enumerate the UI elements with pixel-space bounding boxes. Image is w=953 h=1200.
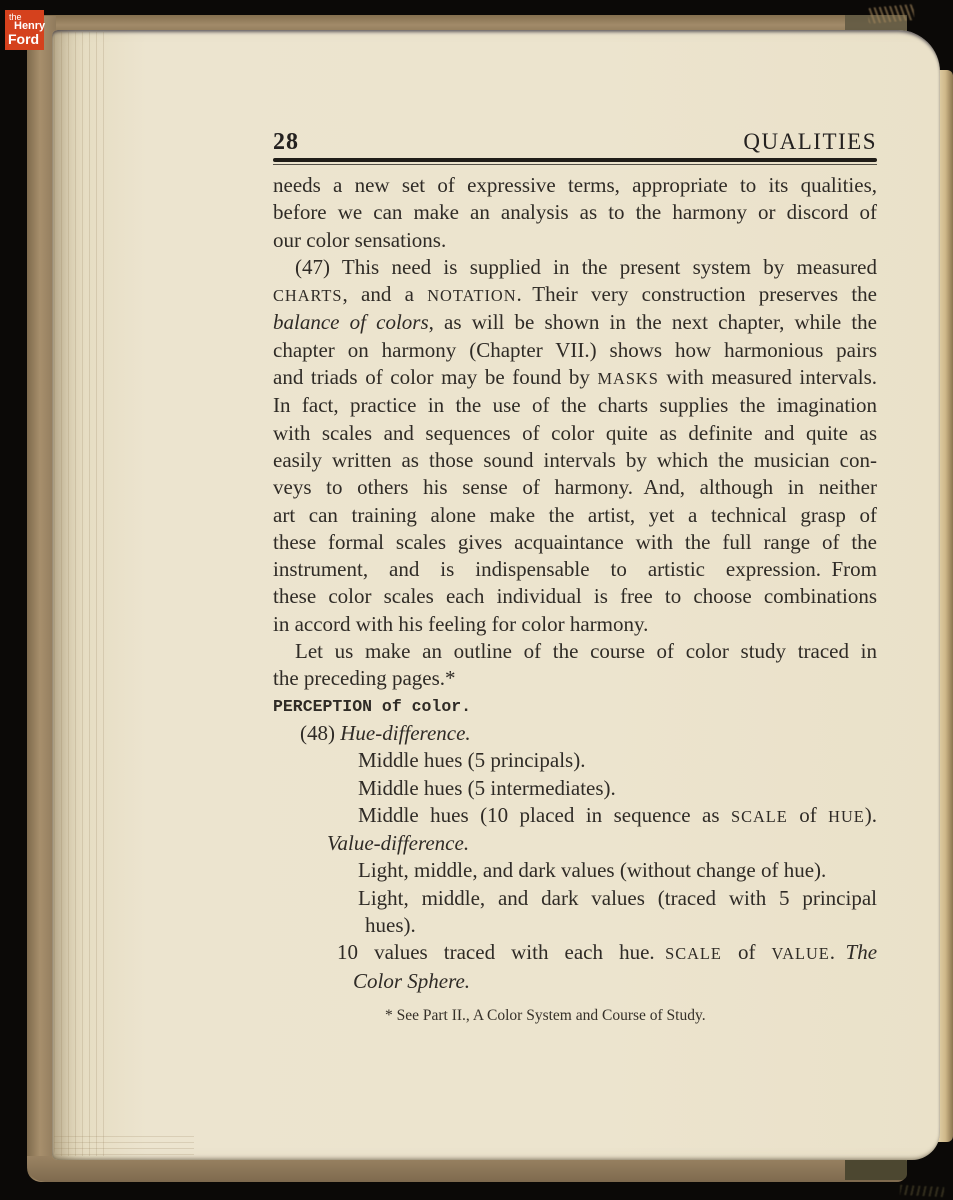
text-run: these formal scales gives acquaintance w… (273, 530, 877, 554)
text-line: and triads of color may be found by MASK… (273, 364, 877, 392)
small-caps-text: SCALE (665, 944, 722, 963)
cover-scuff-mark-bottom (900, 1185, 944, 1197)
page-header: 28 QUALITIES (273, 129, 877, 157)
text-run: Middle hues (5 intermediates). (358, 776, 616, 800)
italic-text: Hue-difference. (340, 721, 470, 745)
italic-text: The (846, 940, 878, 964)
italic-text: balance of colors (273, 310, 429, 334)
text-line: Light, middle, and dark values (without … (273, 857, 877, 884)
text-run: in accord with his feeling for color har… (273, 612, 648, 636)
body-text: needs a new set of expressive terms, app… (273, 172, 877, 1029)
text-run: Middle hues (5 principals). (358, 748, 585, 772)
text-run: of (788, 803, 828, 827)
text-line: these color scales each individual is fr… (273, 583, 877, 610)
text-run: (47) This need is supplied in the presen… (295, 255, 877, 279)
text-run: these color scales each individual is fr… (273, 584, 877, 608)
text-line: PERCEPTION of color. (273, 693, 877, 720)
text-line: (47) This need is supplied in the presen… (273, 254, 877, 281)
text-line: our color sensations. (273, 227, 877, 254)
italic-text: Color Sphere. (353, 969, 470, 993)
book-page: 28 QUALITIES needs a new set of expressi… (52, 30, 940, 1160)
text-run: Middle hues (10 placed in sequence as (358, 803, 731, 827)
text-run: Light, middle, and dark values (traced w… (358, 886, 877, 910)
text-line: needs a new set of expressive terms, app… (273, 172, 877, 199)
text-run: 10 values traced with each hue. (337, 940, 665, 964)
text-run: In fact, practice in the use of the char… (273, 393, 877, 417)
text-line: easily written as those sound intervals … (273, 447, 877, 474)
text-line: Light, middle, and dark values (traced w… (273, 885, 877, 912)
text-line: Value-difference. (273, 830, 877, 857)
text-run: veys to others his sense of harmony. And… (273, 475, 877, 499)
text-run: , and a (342, 282, 427, 306)
text-run: our color sensations. (273, 228, 446, 252)
text-line: the preceding pages.* (273, 665, 877, 692)
text-run: Light, middle, and dark values (without … (358, 858, 826, 882)
header-rule (273, 158, 877, 165)
text-run: hues). (365, 913, 416, 937)
text-line: Color Sphere. (273, 968, 877, 995)
page-number: 28 (273, 129, 299, 156)
small-caps-text: HUE (828, 807, 865, 826)
text-line: instrument, and is indispensable to arti… (273, 556, 877, 583)
text-run: before we can make an analysis as to the… (273, 200, 877, 224)
small-caps-text: NOTATION (427, 286, 516, 305)
text-line: before we can make an analysis as to the… (273, 199, 877, 226)
text-line: 10 values traced with each hue. SCALE of… (273, 939, 877, 967)
text-line: veys to others his sense of harmony. And… (273, 474, 877, 501)
cover-scuff-mark-top (867, 4, 914, 24)
text-line: (48) Hue-difference. (273, 720, 877, 747)
text-run: needs a new set of expressive terms, app… (273, 173, 877, 197)
text-line: CHARTS, and a NOTATION. Their very const… (273, 281, 877, 309)
text-run: with measured intervals. (659, 365, 877, 389)
text-line: hues). (273, 912, 877, 939)
text-line: these formal scales gives acquaintance w… (273, 529, 877, 556)
header-rule-thin (273, 164, 877, 165)
text-run: , as will be shown in the next chapter, … (429, 310, 877, 334)
text-run: . Their very construction preserves the (517, 282, 877, 306)
logo-word-ford: Ford (8, 32, 42, 46)
text-run: chapter on harmony (Chapter VII.) shows … (273, 338, 877, 362)
footnote: * See Part II., A Color System and Cours… (273, 1002, 877, 1029)
henry-ford-logo: the Henry Ford (5, 10, 44, 50)
text-line: chapter on harmony (Chapter VII.) shows … (273, 337, 877, 364)
text-line: In fact, practice in the use of the char… (273, 392, 877, 419)
text-lines: needs a new set of expressive terms, app… (273, 172, 877, 995)
header-rule-thick (273, 158, 877, 162)
text-line: art can training alone make the artist, … (273, 502, 877, 529)
text-run: the preceding pages.* (273, 666, 456, 690)
text-run: ). (865, 803, 877, 827)
text-run: (48) (300, 721, 340, 745)
text-line: Middle hues (5 intermediates). (273, 775, 877, 802)
small-caps-text: CHARTS (273, 286, 342, 305)
text-run: and triads of color may be found by (273, 365, 598, 389)
text-run: instrument, and is indispensable to arti… (273, 557, 877, 581)
small-caps-text: SCALE (731, 807, 788, 826)
text-line: in accord with his feeling for color har… (273, 611, 877, 638)
scanned-book-photo: 28 QUALITIES needs a new set of expressi… (0, 0, 953, 1200)
text-line: Let us make an outline of the course of … (273, 638, 877, 665)
text-run: art can training alone make the artist, … (273, 503, 877, 527)
text-run: Let us make an outline of the course of … (295, 639, 877, 663)
small-caps-text: MASKS (598, 369, 659, 388)
text-line: balance of colors, as will be shown in t… (273, 309, 877, 336)
text-run: of (722, 940, 772, 964)
text-line: with scales and sequences of color quite… (273, 420, 877, 447)
small-caps-text: VALUE (772, 944, 830, 963)
italic-text: Value-difference. (327, 831, 469, 855)
text-line: Middle hues (10 placed in sequence as SC… (273, 802, 877, 830)
running-title: QUALITIES (743, 129, 877, 155)
text-run: with scales and sequences of color quite… (273, 421, 877, 445)
text-line: Middle hues (5 principals). (273, 747, 877, 774)
text-run: . (830, 940, 846, 964)
text-run: PERCEPTION of color. (273, 697, 471, 716)
text-run: easily written as those sound intervals … (273, 448, 877, 472)
